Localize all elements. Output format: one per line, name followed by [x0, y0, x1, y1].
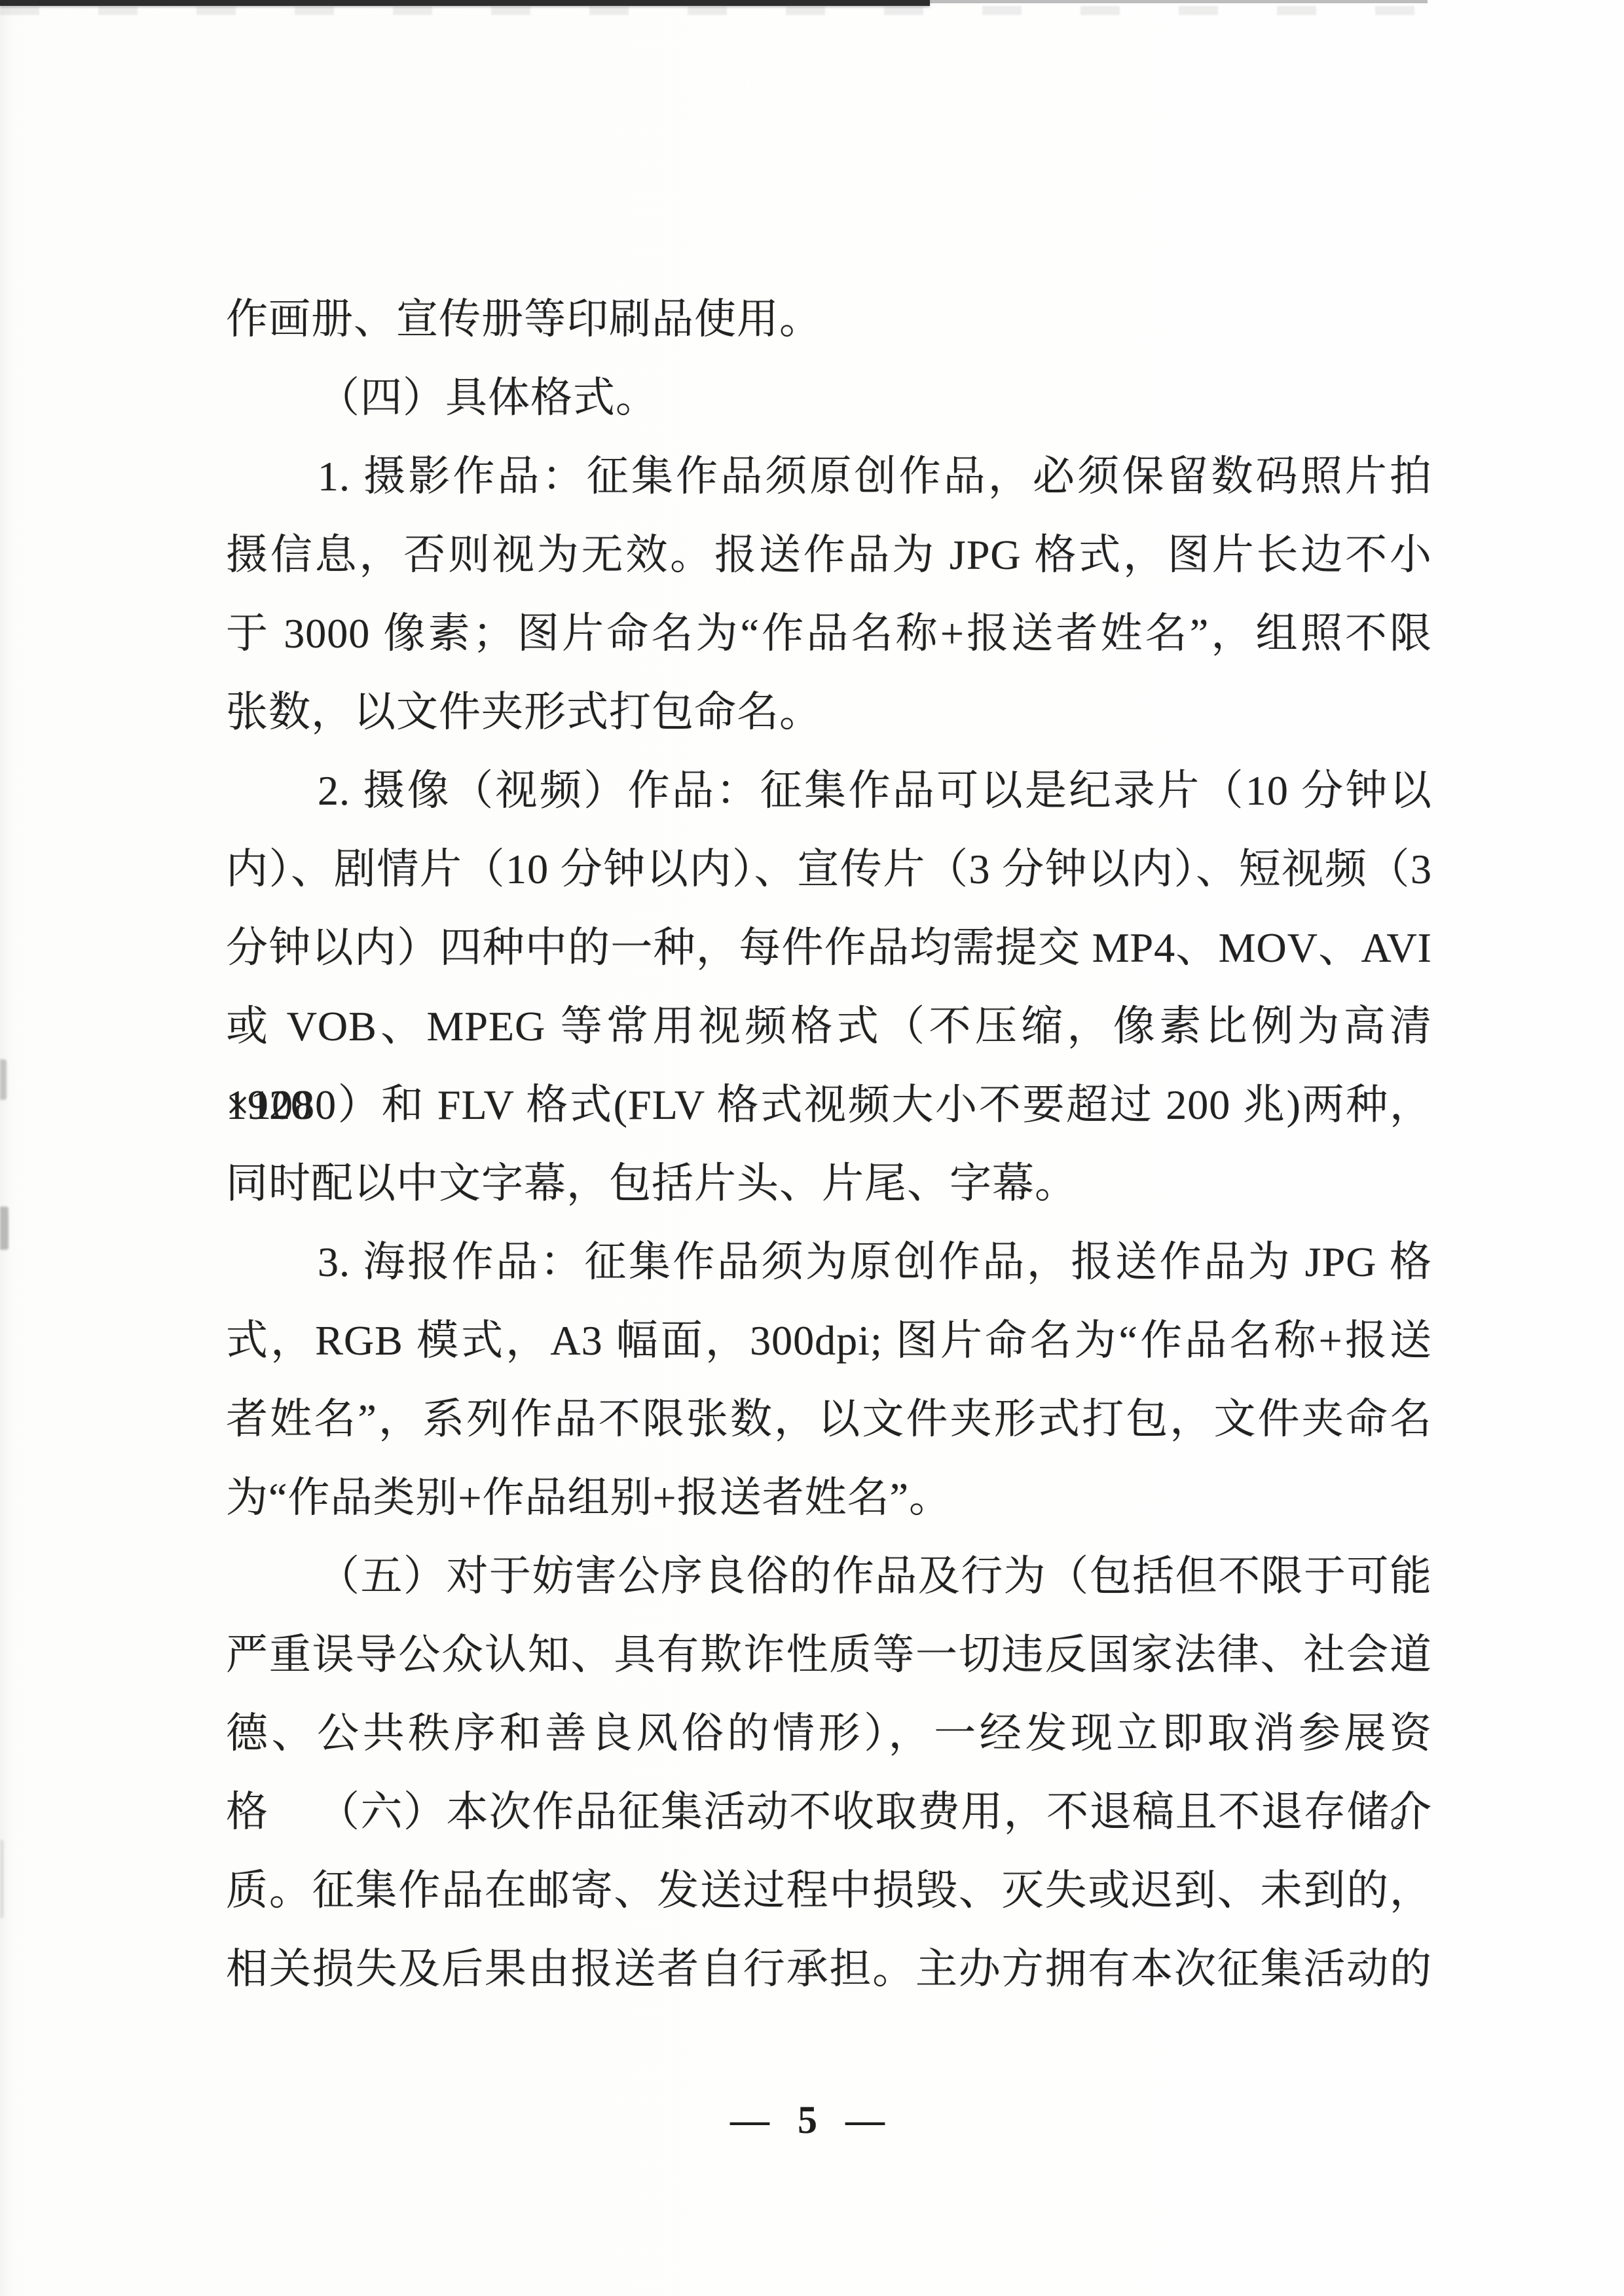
- document-body: 作画册、宣传册等印刷品使用。 （四）具体格式。 1. 摄影作品：征集作品须原创作…: [226, 280, 1432, 2009]
- document-line: （六）本次作品征集活动不收取费用，不退稿且不退存储介: [226, 1773, 1432, 1851]
- document-line: 者姓名”，系列作品不限张数，以文件夹形式打包，文件夹命名: [226, 1380, 1432, 1459]
- scan-artifact-top-tail: [930, 0, 1428, 3]
- document-line: （五）对于妨害公序良俗的作品及行为（包括但不限于可能: [226, 1537, 1432, 1616]
- document-line: 作画册、宣传册等印刷品使用。: [226, 280, 1432, 359]
- page-number: — 5 —: [0, 2094, 1624, 2146]
- document-line: 分钟以内）四种中的一种，每件作品均需提交 MP4、MOV、AVI: [226, 909, 1432, 987]
- document-line: （四）具体格式。: [226, 359, 1432, 437]
- document-line: 式，RGB 模式，A3 幅面，300dpi; 图片命名为“作品名称+报送: [226, 1302, 1432, 1380]
- document-line: 1. 摄影作品：征集作品须原创作品，必须保留数码照片拍: [226, 437, 1432, 516]
- document-line: 2. 摄像（视频）作品：征集作品可以是纪录片（10 分钟以: [226, 752, 1432, 830]
- document-line: ×1080）和 FLV 格式(FLV 格式视频大小不要超过 200 兆)两种，: [226, 1066, 1432, 1144]
- document-line: 3. 海报作品：征集作品须为原创作品，报送作品为 JPG 格: [226, 1223, 1432, 1302]
- scan-smudge-left: [0, 1059, 7, 1100]
- document-line: 严重误导公众认知、具有欺诈性质等一切违反国家法律、社会道: [226, 1616, 1432, 1694]
- document-line: 为“作品类别+作品组别+报送者姓名”。: [226, 1459, 1432, 1537]
- document-line: 张数，以文件夹形式打包命名。: [226, 673, 1432, 752]
- document-line: 摄信息，否则视为无效。报送作品为 JPG 格式，图片长边不小: [226, 516, 1432, 594]
- document-line: 相关损失及后果由报送者自行承担。主办方拥有本次征集活动的: [226, 1930, 1432, 2009]
- document-line: 同时配以中文字幕，包括片头、片尾、字幕。: [226, 1144, 1432, 1223]
- document-line: 或 VOB、MPEG 等常用视频格式（不压缩，像素比例为高清 1920: [226, 987, 1432, 1066]
- document-line: 于 3000 像素；图片命名为“作品名称+报送者姓名”，组照不限: [226, 594, 1432, 673]
- document-line: 质。征集作品在邮寄、发送过程中损毁、灭失或迟到、未到的，: [226, 1851, 1432, 1930]
- scan-artifact-top: [0, 0, 930, 6]
- scan-noise: [0, 6, 1441, 15]
- scan-smudge-left: [0, 1840, 4, 1918]
- scan-smudge-left: [0, 1207, 9, 1250]
- document-line: 内）、剧情片（10 分钟以内）、宣传片（3 分钟以内）、短视频（3: [226, 830, 1432, 909]
- document-line: 德、公共秩序和善良风俗的情形），一经发现立即取消参展资格。: [226, 1694, 1432, 1773]
- scanned-document-page: 作画册、宣传册等印刷品使用。 （四）具体格式。 1. 摄影作品：征集作品须原创作…: [0, 0, 1624, 2296]
